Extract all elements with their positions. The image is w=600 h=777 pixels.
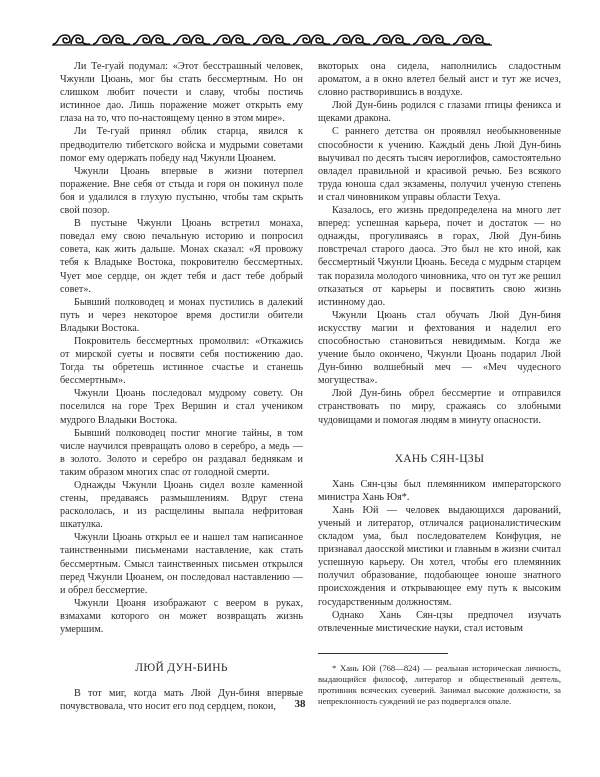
left-text-column: Ли Те-гуай подумал: «Этот бесстрашный че… <box>60 60 303 713</box>
paragraph: Чжунли Цюань впервые в жизни потерпел по… <box>60 165 303 217</box>
footnote: * Хань Юй (768—824) — реальная историчес… <box>318 663 561 708</box>
section-heading-lyui-dun-bin: ЛЮЙ ДУН-БИНЬ <box>60 662 303 675</box>
paragraph: Люй Дун-бинь обрел бессмертие и отправил… <box>318 387 561 426</box>
paragraph: С раннего детства он проявлял необыкнове… <box>318 125 561 204</box>
paragraph: Чжунли Цюаня изображают с веером в руках… <box>60 597 303 636</box>
paragraph-continued: вкоторых она сидела, наполнились сладост… <box>318 60 561 99</box>
paragraph: В тот миг, когда мать Люй Дун-биня вперв… <box>60 687 303 713</box>
paragraph: Ли Те-гуай подумал: «Этот бесстрашный че… <box>60 60 303 125</box>
page-number: 38 <box>290 698 310 710</box>
paragraph: Хань Юй — человек выдающихся дарований, … <box>318 504 561 609</box>
decorative-wave-border <box>52 33 492 47</box>
paragraph: Бывший полководец постиг многие тайны, в… <box>60 427 303 479</box>
paragraph: В пустыне Чжунли Цюань встретил монаха, … <box>60 217 303 296</box>
paragraph: Ли Те-гуай принял облик старца, явился к… <box>60 125 303 164</box>
footnote-divider <box>318 653 448 654</box>
paragraph: Люй Дун-бинь родился с глазами птицы фен… <box>318 99 561 125</box>
section-heading-han-syan-tszy: ХАНЬ СЯН-ЦЗЫ <box>318 453 561 466</box>
paragraph: Чжунли Цюань открыл ее и нашел там напис… <box>60 531 303 596</box>
wave-ornament-icon <box>52 33 492 47</box>
paragraph: Чжунли Цюань последовал мудрому совету. … <box>60 387 303 426</box>
paragraph: Однако Хань Сян-цзы предпочел изучать от… <box>318 609 561 635</box>
paragraph: Чжунли Цюань стал обучать Люй Дун-биня и… <box>318 309 561 388</box>
paragraph: Бывший полководец и монах пустились в да… <box>60 296 303 335</box>
paragraph: Покровитель бессмертных промолвил: «Отка… <box>60 335 303 387</box>
paragraph: Однажды Чжунли Цюань сидел возле каменно… <box>60 479 303 531</box>
paragraph: Хань Сян-цзы был племянником императорск… <box>318 478 561 504</box>
paragraph: Казалось, его жизнь предопределена на мн… <box>318 204 561 309</box>
right-text-column: вкоторых она сидела, наполнились сладост… <box>318 60 561 708</box>
